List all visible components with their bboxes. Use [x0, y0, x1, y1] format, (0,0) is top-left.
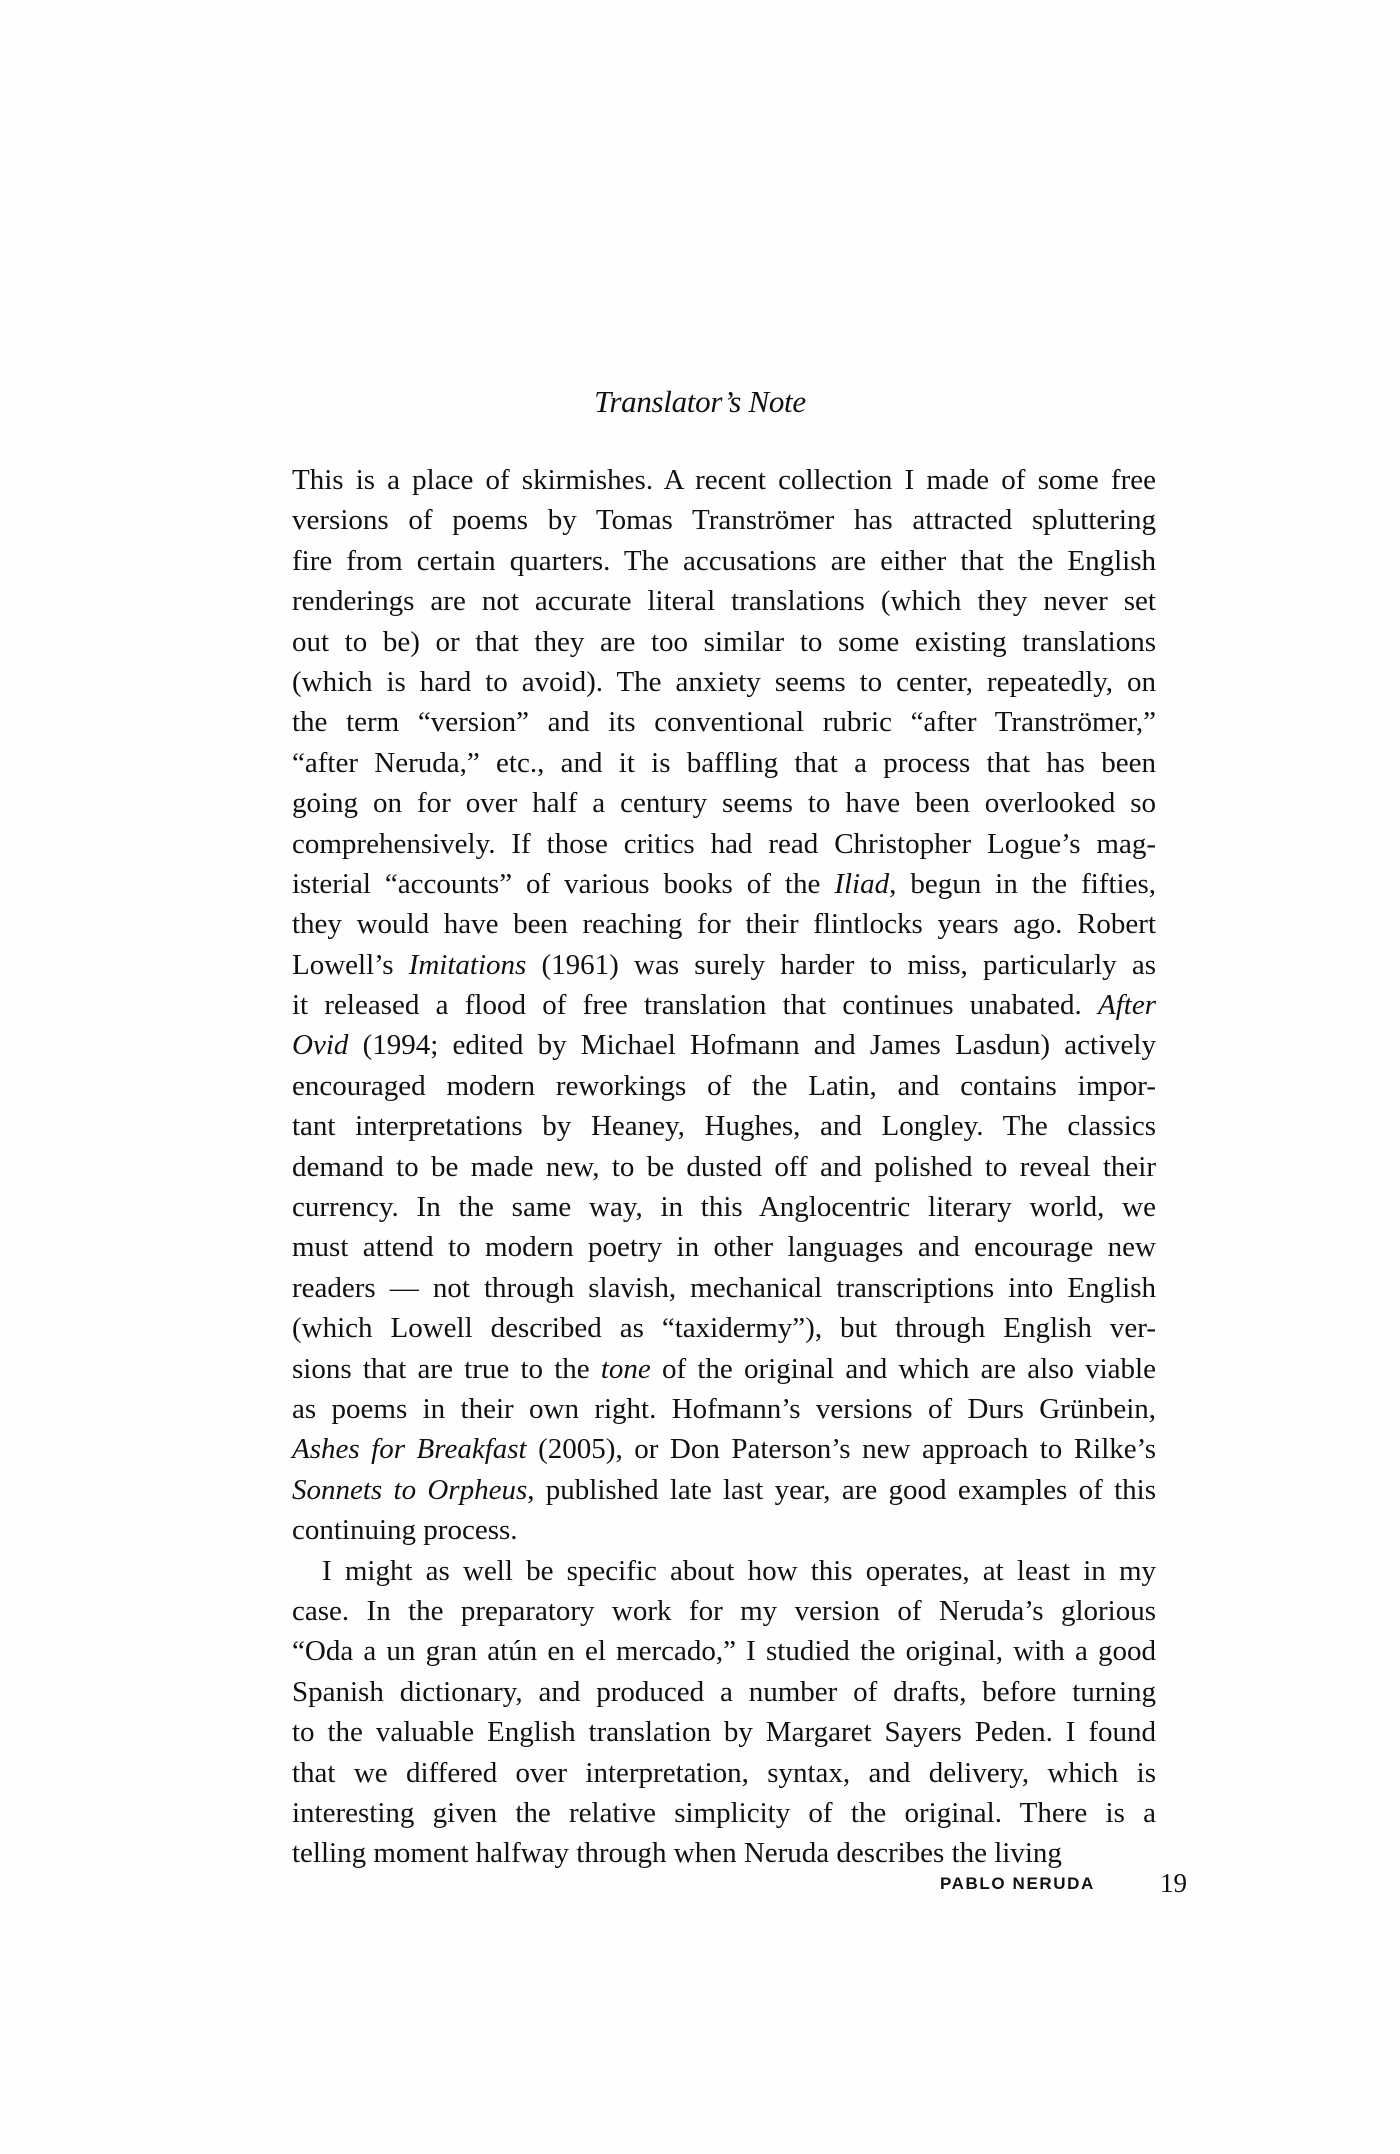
text-line: sions that are true to the tone of the o… — [292, 1349, 1156, 1389]
text-line: “Oda a un gran atún en el mercado,” I st… — [292, 1631, 1156, 1671]
running-head: PABLO NERUDA — [940, 1874, 1095, 1894]
text-line: going on for over half a century seems t… — [292, 783, 1156, 823]
text-line: Spanish dictionary, and produced a numbe… — [292, 1672, 1156, 1712]
text-line: This is a place of skirmishes. A recent … — [292, 460, 1156, 500]
text-line: fire from certain quarters. The accusati… — [292, 541, 1156, 581]
text-line: tant interpretations by Heaney, Hughes, … — [292, 1106, 1156, 1146]
text-line: versions of poems by Tomas Tranströmer h… — [292, 500, 1156, 540]
text-line: Sonnets to Orpheus, published late last … — [292, 1470, 1156, 1510]
text-line: telling moment halfway through when Neru… — [292, 1833, 1156, 1873]
page-number: 19 — [1160, 1868, 1187, 1899]
text-line: demand to be made new, to be dusted off … — [292, 1147, 1156, 1187]
text-line: must attend to modern poetry in other la… — [292, 1227, 1156, 1267]
text-line: encouraged modern reworkings of the Lati… — [292, 1066, 1156, 1106]
text-line: Ovid (1994; edited by Michael Hofmann an… — [292, 1025, 1156, 1065]
text-line: Lowell’s Imitations (1961) was surely ha… — [292, 945, 1156, 985]
text-line: interesting given the relative simplicit… — [292, 1793, 1156, 1833]
text-line: case. In the preparatory work for my ver… — [292, 1591, 1156, 1631]
text-line: readers — not through slavish, mechanica… — [292, 1268, 1156, 1308]
text-line: Ashes for Breakfast (2005), or Don Pater… — [292, 1429, 1156, 1469]
text-line: as poems in their own right. Hofmann’s v… — [292, 1389, 1156, 1429]
text-line: currency. In the same way, in this Anglo… — [292, 1187, 1156, 1227]
text-line: (which is hard to avoid). The anxiety se… — [292, 662, 1156, 702]
text-line: it released a flood of free translation … — [292, 985, 1156, 1025]
text-line: that we differed over interpretation, sy… — [292, 1753, 1156, 1793]
text-line: they would have been reaching for their … — [292, 904, 1156, 944]
body-text: This is a place of skirmishes. A recent … — [292, 460, 1156, 1874]
book-page: Translator’s Note This is a place of ski… — [0, 0, 1400, 2154]
text-line: continuing process. — [292, 1510, 1156, 1550]
text-line: out to be) or that they are too similar … — [292, 622, 1156, 662]
text-line: the term “version” and its conventional … — [292, 702, 1156, 742]
text-line: comprehensively. If those critics had re… — [292, 824, 1156, 864]
text-line: “after Neruda,” etc., and it is baffling… — [292, 743, 1156, 783]
section-title: Translator’s Note — [0, 384, 1400, 420]
text-line: I might as well be specific about how th… — [292, 1551, 1156, 1591]
text-line: renderings are not accurate literal tran… — [292, 581, 1156, 621]
text-line: to the valuable English translation by M… — [292, 1712, 1156, 1752]
text-line: (which Lowell described as “taxidermy”),… — [292, 1308, 1156, 1348]
text-line: isterial “accounts” of various books of … — [292, 864, 1156, 904]
